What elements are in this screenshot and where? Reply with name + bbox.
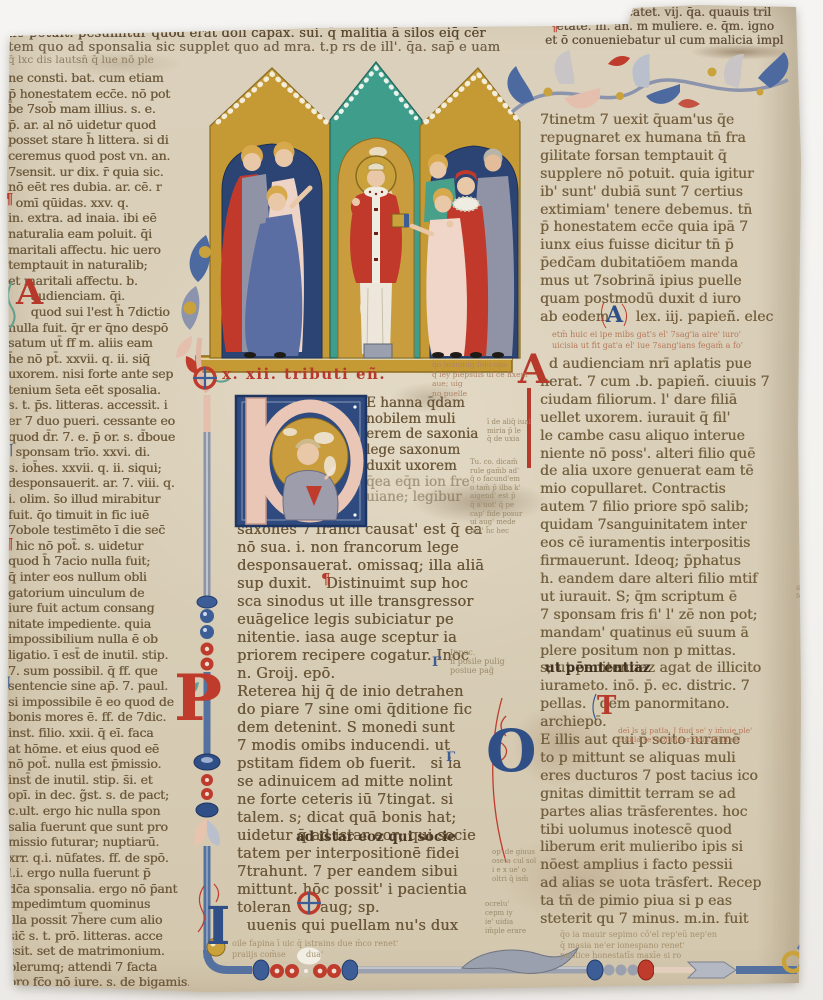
vine-scroll-flourish — [507, 50, 788, 112]
parchment-wrapper: sit' ab eo. ul moztua ē. uerum tam quia … — [0, 0, 823, 1000]
photo-background: sit' ab eo. ul moztua ē. uerum tam quia … — [0, 0, 823, 1000]
vertical-border-bar — [187, 395, 220, 958]
crossed-ring-symbol — [297, 892, 321, 914]
crossed-ring-symbol — [193, 367, 217, 389]
gloss-note: m̄li feng — [796, 584, 822, 600]
cadel-flourish — [493, 698, 507, 862]
bottom-border-bar — [207, 936, 816, 980]
cadel-flourish — [593, 694, 596, 720]
manuscript-page: sit' ab eo. ul moztua ē. uerum tam quia … — [0, 0, 823, 1000]
paint-loss-spot — [297, 948, 321, 965]
corner-curl — [800, 938, 812, 968]
text-line: nup. q̄e de adulterus eam — [8, 990, 189, 1000]
text-line: sit' ab eo. ul moztua ē. uerum tam quia … — [8, 12, 526, 27]
border-decoration — [0, 0, 823, 1000]
initial-flourish — [8, 282, 15, 328]
cadel-flourish — [601, 302, 626, 328]
